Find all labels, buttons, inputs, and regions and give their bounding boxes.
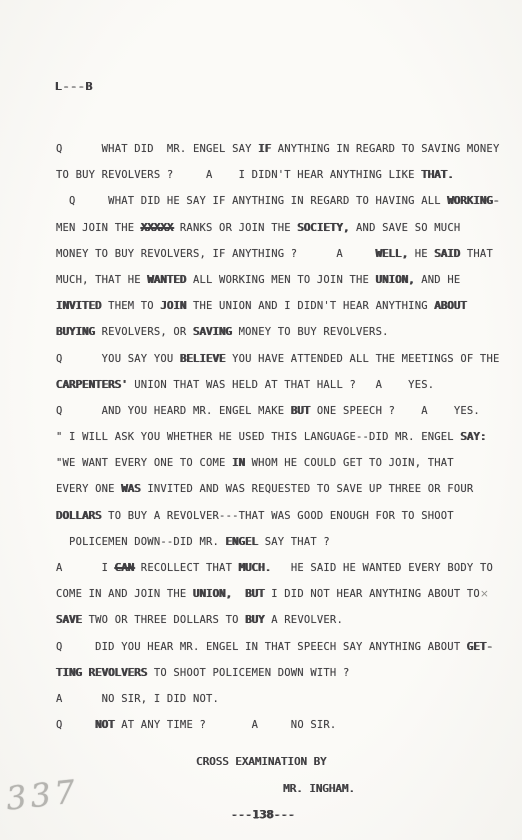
transcript-line: A NO SIR, I DID NOT. xyxy=(56,686,508,712)
transcript: Q WHAT DID MR. ENGEL SAY IF ANYTHING IN … xyxy=(56,136,508,738)
transcript-line: "WE WANT EVERY ONE TO COME IN WHOM HE CO… xyxy=(56,450,508,476)
document-page: L---B Q WHAT DID MR. ENGEL SAY IF ANYTHI… xyxy=(0,0,522,840)
transcript-line: POLICEMEN DOWN--DID MR. ENGEL SAY THAT ? xyxy=(56,529,508,555)
transcript-line: TO BUY REVOLVERS ? A I DIDN'T HEAR ANYTH… xyxy=(56,162,508,188)
transcript-line: EVERY ONE WAS INVITED AND WAS REQUESTED … xyxy=(56,476,508,502)
pencil-mark: × xyxy=(480,588,489,600)
transcript-line: INVITED THEM TO JOIN THE UNION AND I DID… xyxy=(56,293,508,319)
handwritten-archive-number: 337 xyxy=(4,772,81,817)
examiner-name: MR. INGHAM. xyxy=(283,783,355,795)
transcript-line: SAVE TWO OR THREE DOLLARS TO BUY A REVOL… xyxy=(56,607,508,633)
transcript-line: TING REVOLVERS TO SHOOT POLICEMEN DOWN W… xyxy=(56,660,508,686)
transcript-line: MUCH, THAT HE WANTED ALL WORKING MEN TO … xyxy=(56,267,508,293)
transcript-line: DOLLARS TO BUY A REVOLVER---THAT WAS GOO… xyxy=(56,503,508,529)
transcript-line: Q WHAT DID HE SAY IF ANYTHING IN REGARD … xyxy=(56,188,508,214)
typed-header-mark: L---B xyxy=(55,80,93,93)
transcript-line: A I CAN RECOLLECT THAT MUCH. HE SAID HE … xyxy=(56,555,508,581)
transcript-line: Q DID YOU HEAR MR. ENGEL IN THAT SPEECH … xyxy=(56,634,508,660)
cross-examination-heading: CROSS EXAMINATION BY xyxy=(196,756,326,768)
transcript-line: Q YOU SAY YOU BELIEVE YOU HAVE ATTENDED … xyxy=(56,346,508,372)
transcript-line: " I WILL ASK YOU WHETHER HE USED THIS LA… xyxy=(56,424,508,450)
transcript-line: MONEY TO BUY REVOLVERS, IF ANYTHING ? A … xyxy=(56,241,508,267)
transcript-line: Q WHAT DID MR. ENGEL SAY IF ANYTHING IN … xyxy=(56,136,508,162)
transcript-line: MEN JOIN THE XXXXX RANKS OR JOIN THE SOC… xyxy=(56,215,508,241)
transcript-line: Q AND YOU HEARD MR. ENGEL MAKE BUT ONE S… xyxy=(56,398,508,424)
transcript-line: CARPENTERS' UNION THAT WAS HELD AT THAT … xyxy=(56,372,508,398)
page-number: ---138--- xyxy=(231,808,295,821)
transcript-line: COME IN AND JOIN THE UNION, BUT I DID NO… xyxy=(56,581,508,607)
transcript-line: Q NOT AT ANY TIME ? A NO SIR. xyxy=(56,712,508,738)
transcript-line: BUYING REVOLVERS, OR SAVING MONEY TO BUY… xyxy=(56,319,508,345)
